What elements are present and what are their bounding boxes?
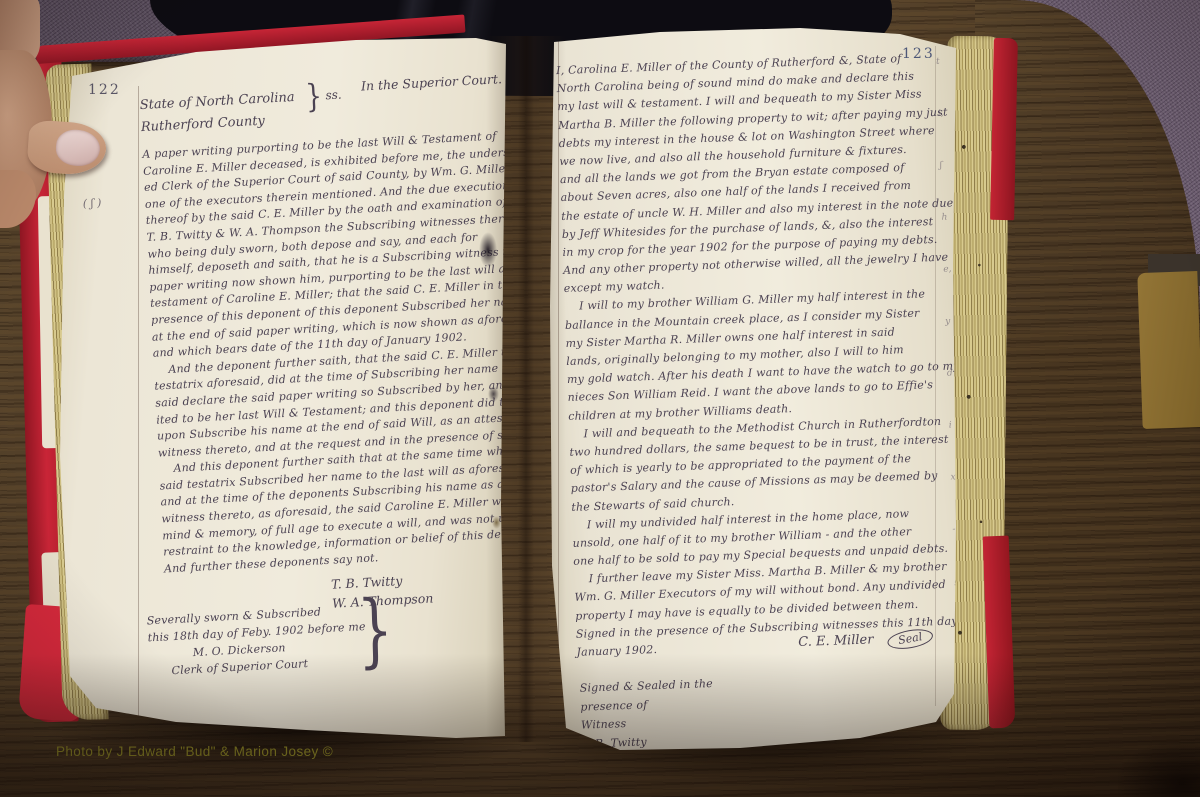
red-cover-top-right-corner [990, 38, 1018, 220]
jurat-brace: } [356, 591, 394, 671]
red-cover-bottom-right-corner [983, 536, 1016, 729]
ink-fragment: i, [938, 108, 956, 161]
ink-blot [479, 232, 497, 268]
jurat-block: Severally sworn & Subscribedthis 18th da… [146, 603, 368, 682]
age-spot [492, 516, 501, 529]
tan-chair-object [1137, 271, 1200, 429]
photo-of-will-book: 122 State of North Carolina } ss. In the… [0, 0, 1200, 797]
testator-signature: C. E. Miller [798, 632, 874, 650]
left-page-text: State of North Carolina } ss. In the Sup… [50, 17, 538, 746]
caption-state: State of North Carolina [139, 90, 295, 113]
caption-county: Rutherford County [141, 114, 266, 135]
caption-court: In the Superior Court. [361, 71, 503, 93]
corner-shadow [1118, 742, 1200, 797]
margin-mark: ( ʃ ) [82, 196, 101, 210]
right-page-body: I, Carolina E. Miller of the County of R… [556, 50, 969, 664]
ink-blot [488, 386, 499, 402]
left-page-body: A paper writing purporting to be the las… [142, 129, 524, 579]
left-page-122: 122 State of North Carolina } ss. In the… [56, 36, 508, 742]
caption-ss: ss. [325, 88, 342, 103]
right-page-text: I, Carolina E. Miller of the County of R… [539, 12, 984, 752]
photographer-watermark: Photo by J Edward "Bud" & Marion Josey © [56, 744, 333, 759]
caption-brace: } [305, 77, 323, 116]
right-page-123: 123 I, Carolina E. Miller of the County … [540, 26, 960, 752]
ink-fragment: t [936, 56, 954, 109]
